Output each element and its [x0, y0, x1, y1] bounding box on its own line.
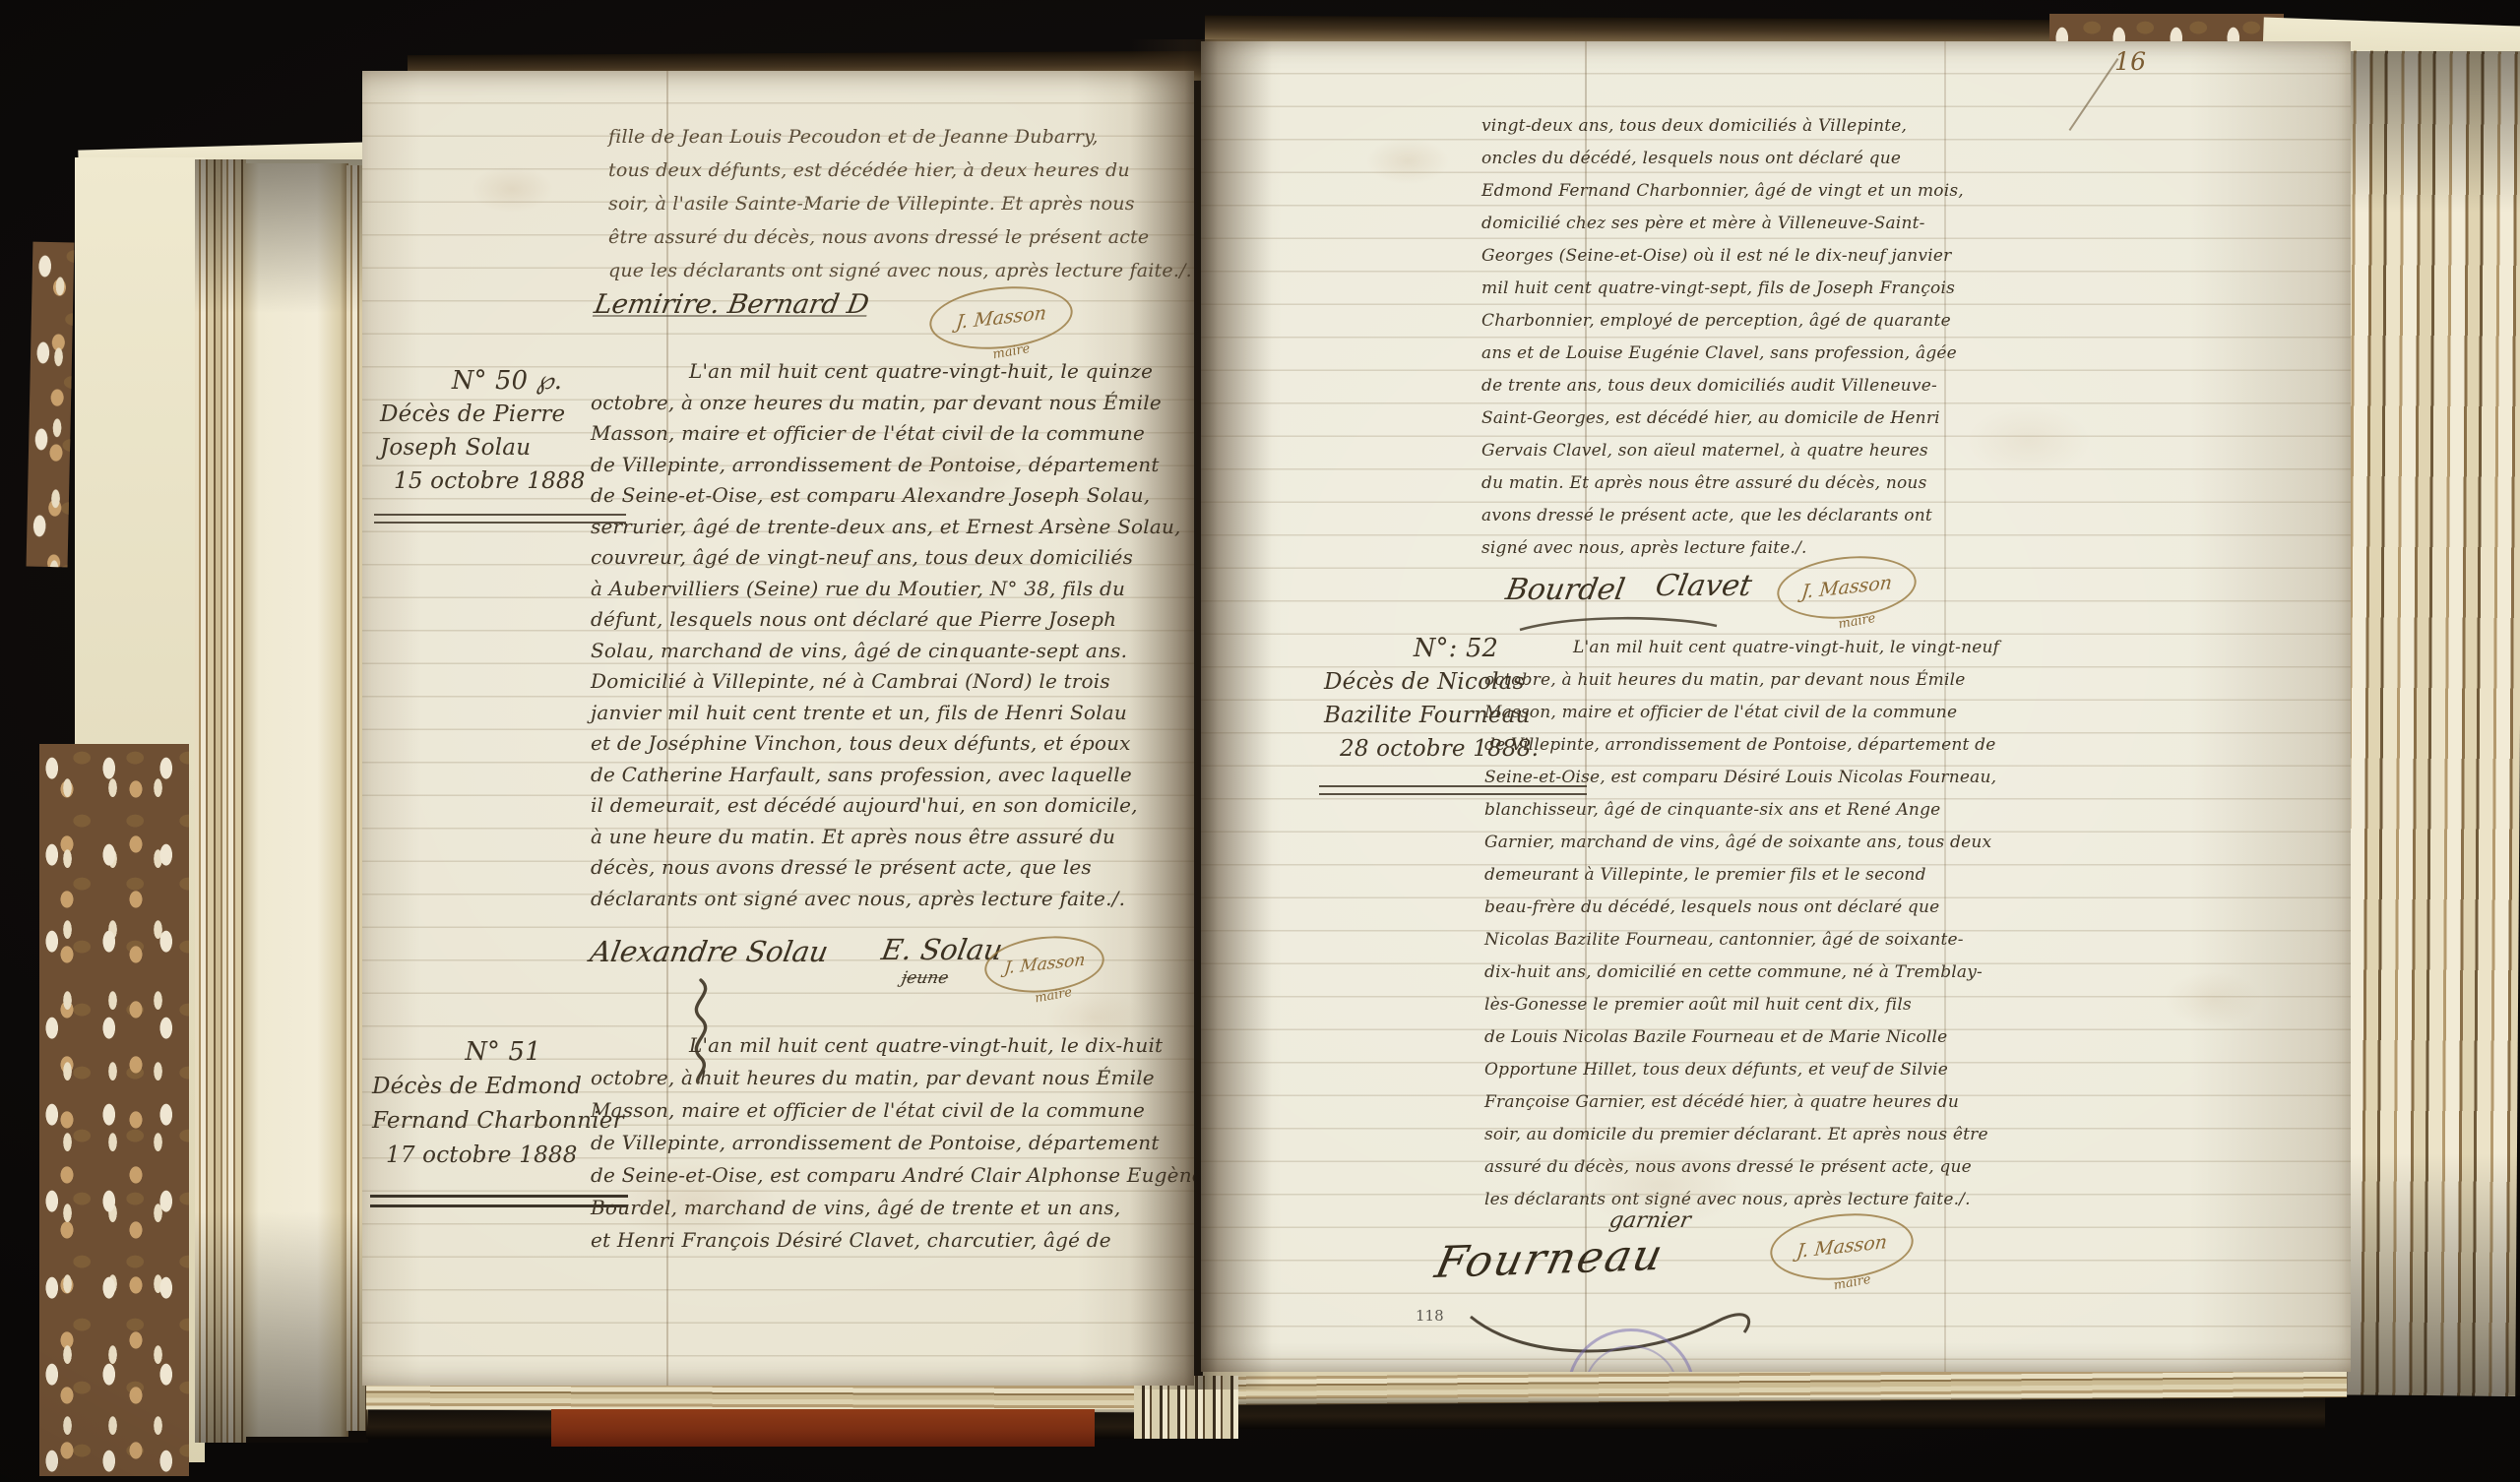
- registry-book-scan: fille de Jean Louis Pecoudon et de Jeann…: [0, 0, 2520, 1482]
- text-line: Seine-et-Oise, est comparu Désiré Louis …: [1484, 762, 1999, 794]
- text-line: que les déclarants ont signé avec nous, …: [608, 254, 1192, 287]
- mayor-title: maire: [1837, 611, 1876, 632]
- text-line: Masson, maire et officier de l'état civi…: [591, 1094, 1194, 1127]
- text-line: de Seine-et-Oise, est comparu André Clai…: [591, 1159, 1194, 1192]
- text-line: de Catherine Harfault, sans profession, …: [591, 760, 1181, 791]
- ink-stamp-inner-ring: [1584, 1345, 1678, 1372]
- text-line: demeurant à Villepinte, le premier fils …: [1484, 859, 1999, 892]
- text-line: octobre, à onze heures du matin, par dev…: [591, 388, 1181, 419]
- corner-flourish: [2069, 58, 2119, 131]
- text-line: L'an mil huit cent quatre-vingt-huit, le…: [1484, 632, 1999, 664]
- text-line: fille de Jean Louis Pecoudon et de Jeann…: [608, 120, 1192, 154]
- text-line: Solau, marchand de vins, âgé de cinquant…: [591, 636, 1181, 667]
- mayor-signature: J. Masson: [1800, 572, 1893, 603]
- marbled-endpaper-corner: [39, 744, 189, 1476]
- text-line: de Seine-et-Oise, est comparu Alexandre …: [591, 480, 1181, 512]
- text-line: de Villepinte, arrondissement de Pontois…: [591, 1127, 1194, 1159]
- signature-clavet: Clavet: [1653, 569, 1754, 603]
- marbled-endpaper-strip: [27, 242, 75, 568]
- folio-number: 16: [2114, 47, 2146, 76]
- text-line: déclarants ont signé avec nous, après le…: [591, 884, 1181, 915]
- pencil-corner-note: 118: [1416, 1307, 1444, 1325]
- text-line: vingt-deux ans, tous deux domiciliés à V…: [1481, 110, 1964, 143]
- text-line: tous deux défunts, est décédée hier, à d…: [608, 154, 1192, 187]
- text-line: oncles du décédé, lesquels nous ont décl…: [1481, 143, 1964, 175]
- text-line: Edmond Fernand Charbonnier, âgé de vingt…: [1481, 175, 1964, 208]
- text-line: et Henri François Désiré Clavet, charcut…: [591, 1224, 1194, 1257]
- text-line: avons dressé le présent acte, que les dé…: [1481, 500, 1964, 532]
- record-51-body-continued: vingt-deux ans, tous deux domiciliés à V…: [1481, 110, 1964, 565]
- text-line: de trente ans, tous deux domiciliés audi…: [1481, 370, 1964, 402]
- page-edges-left-shading: [195, 159, 368, 1443]
- text-line: beau-frère du décédé, lesquels nous ont …: [1484, 892, 1999, 924]
- bottom-shadow-right: [1221, 1397, 2325, 1429]
- text-line: à Aubervilliers (Seine) rue du Moutier, …: [591, 574, 1181, 605]
- text-line: L'an mil huit cent quatre-vingt-huit, le…: [591, 356, 1181, 388]
- text-line: Masson, maire et officier de l'état civi…: [591, 418, 1181, 450]
- text-line: soir, à l'asile Sainte-Marie de Villepin…: [608, 187, 1192, 220]
- record-51-body: L'an mil huit cent quatre-vingt-huit, le…: [591, 1029, 1194, 1257]
- text-line: Masson, maire et officier de l'état civi…: [1484, 697, 1999, 729]
- signature-declarants-record49: Lemirire. Bernard D: [592, 289, 871, 320]
- text-line: octobre, à huit heures du matin, par dev…: [591, 1062, 1194, 1094]
- record-49-conclusion: fille de Jean Louis Pecoudon et de Jeann…: [608, 120, 1192, 287]
- mayor-signature: J. Masson: [1003, 951, 1086, 979]
- text-line: Domicilié à Villepinte, né à Cambrai (No…: [591, 666, 1181, 698]
- text-line: défunt, lesquels nous ont déclaré que Pi…: [591, 604, 1181, 636]
- text-line: les déclarants ont signé avec nous, aprè…: [1484, 1184, 1999, 1216]
- text-line: assuré du décès, nous avons dressé le pr…: [1484, 1151, 1999, 1184]
- left-page: fille de Jean Louis Pecoudon et de Jeann…: [362, 71, 1194, 1386]
- text-line: de Villepinte, arrondissement de Pontois…: [591, 450, 1181, 481]
- text-line: blanchisseur, âgé de cinquante-six ans e…: [1484, 794, 1999, 827]
- signature-garnier: garnier: [1607, 1208, 1693, 1233]
- text-line: octobre, à huit heures du matin, par dev…: [1484, 664, 1999, 697]
- text-line: Nicolas Bazilite Fourneau, cantonnier, â…: [1484, 924, 1999, 957]
- record-52-body: L'an mil huit cent quatre-vingt-huit, le…: [1484, 632, 1999, 1216]
- signature-alexandre-solau: Alexandre Solau: [588, 935, 831, 968]
- text-line: de Villepinte, arrondissement de Pontois…: [1484, 729, 1999, 762]
- page-edges-right-shading: [2335, 51, 2520, 1395]
- text-line: dix-huit ans, domicilié en cette commune…: [1484, 957, 1999, 989]
- text-line: de Louis Nicolas Bazile Fourneau et de M…: [1484, 1021, 1999, 1054]
- mayor-signature: J. Masson: [1795, 1231, 1888, 1263]
- signature-e-solau-subscript: jeune: [900, 968, 950, 988]
- text-line: Georges (Seine-et-Oise) où il est né le …: [1481, 240, 1964, 273]
- text-line: Opportune Hillet, tous deux défunts, et …: [1484, 1054, 1999, 1086]
- mayor-title: maire: [1832, 1272, 1871, 1293]
- record-50-body: L'an mil huit cent quatre-vingt-huit, le…: [591, 356, 1181, 914]
- text-line: lès-Gonesse le premier août mil huit cen…: [1484, 989, 1999, 1021]
- text-line: mil huit cent quatre-vingt-sept, fils de…: [1481, 273, 1964, 305]
- right-page: 16 vingt-deux ans, tous deux domiciliés …: [1201, 41, 2351, 1372]
- text-line: soir, au domicile du premier déclarant. …: [1484, 1119, 1999, 1151]
- signature-bourdel: Bourdel: [1503, 573, 1627, 607]
- mayor-signature: J. Masson: [955, 302, 1047, 334]
- text-line: janvier mil huit cent trente et un, fils…: [591, 698, 1181, 729]
- text-line: Bourdel, marchand de vins, âgé de trente…: [591, 1192, 1194, 1224]
- text-line: couvreur, âgé de vingt-neuf ans, tous de…: [591, 542, 1181, 574]
- text-line: décès, nous avons dressé le présent acte…: [591, 852, 1181, 884]
- text-line: Gervais Clavel, son aïeul maternel, à qu…: [1481, 435, 1964, 467]
- text-line: ans et de Louise Eugénie Clavel, sans pr…: [1481, 338, 1964, 370]
- text-line: à une heure du matin. Et après nous être…: [591, 822, 1181, 853]
- text-line: il demeurait, est décédé aujourd'hui, en…: [591, 790, 1181, 822]
- text-line: du matin. Et après nous être assuré du d…: [1481, 467, 1964, 500]
- margin-separator-rule-50: [374, 514, 626, 524]
- text-line: être assuré du décès, nous avons dressé …: [608, 220, 1192, 254]
- text-line: Saint-Georges, est décédé hier, au domic…: [1481, 402, 1964, 435]
- text-line: domicilié chez ses père et mère à Villen…: [1481, 208, 1964, 240]
- mayor-title: maire: [1034, 985, 1073, 1006]
- table-wood-strip: [551, 1409, 1095, 1447]
- signature-fourneau: Fourneau: [1431, 1230, 1669, 1288]
- mayor-signature-oval-record49: J. Masson maire: [926, 280, 1076, 356]
- text-line: et de Joséphine Vinchon, tous deux défun…: [591, 728, 1181, 760]
- margin-separator-rule-51: [370, 1195, 628, 1207]
- text-line: Françoise Garnier, est décédé hier, à qu…: [1484, 1086, 1999, 1119]
- text-line: Garnier, marchand de vins, âgé de soixan…: [1484, 827, 1999, 859]
- text-line: Charbonnier, employé de perception, âgé …: [1481, 305, 1964, 338]
- text-line: serrurier, âgé de trente-deux ans, et Er…: [591, 512, 1181, 543]
- mayor-signature-oval-record52: J. Masson maire: [1767, 1207, 1917, 1287]
- text-line: L'an mil huit cent quatre-vingt-huit, le…: [591, 1029, 1194, 1062]
